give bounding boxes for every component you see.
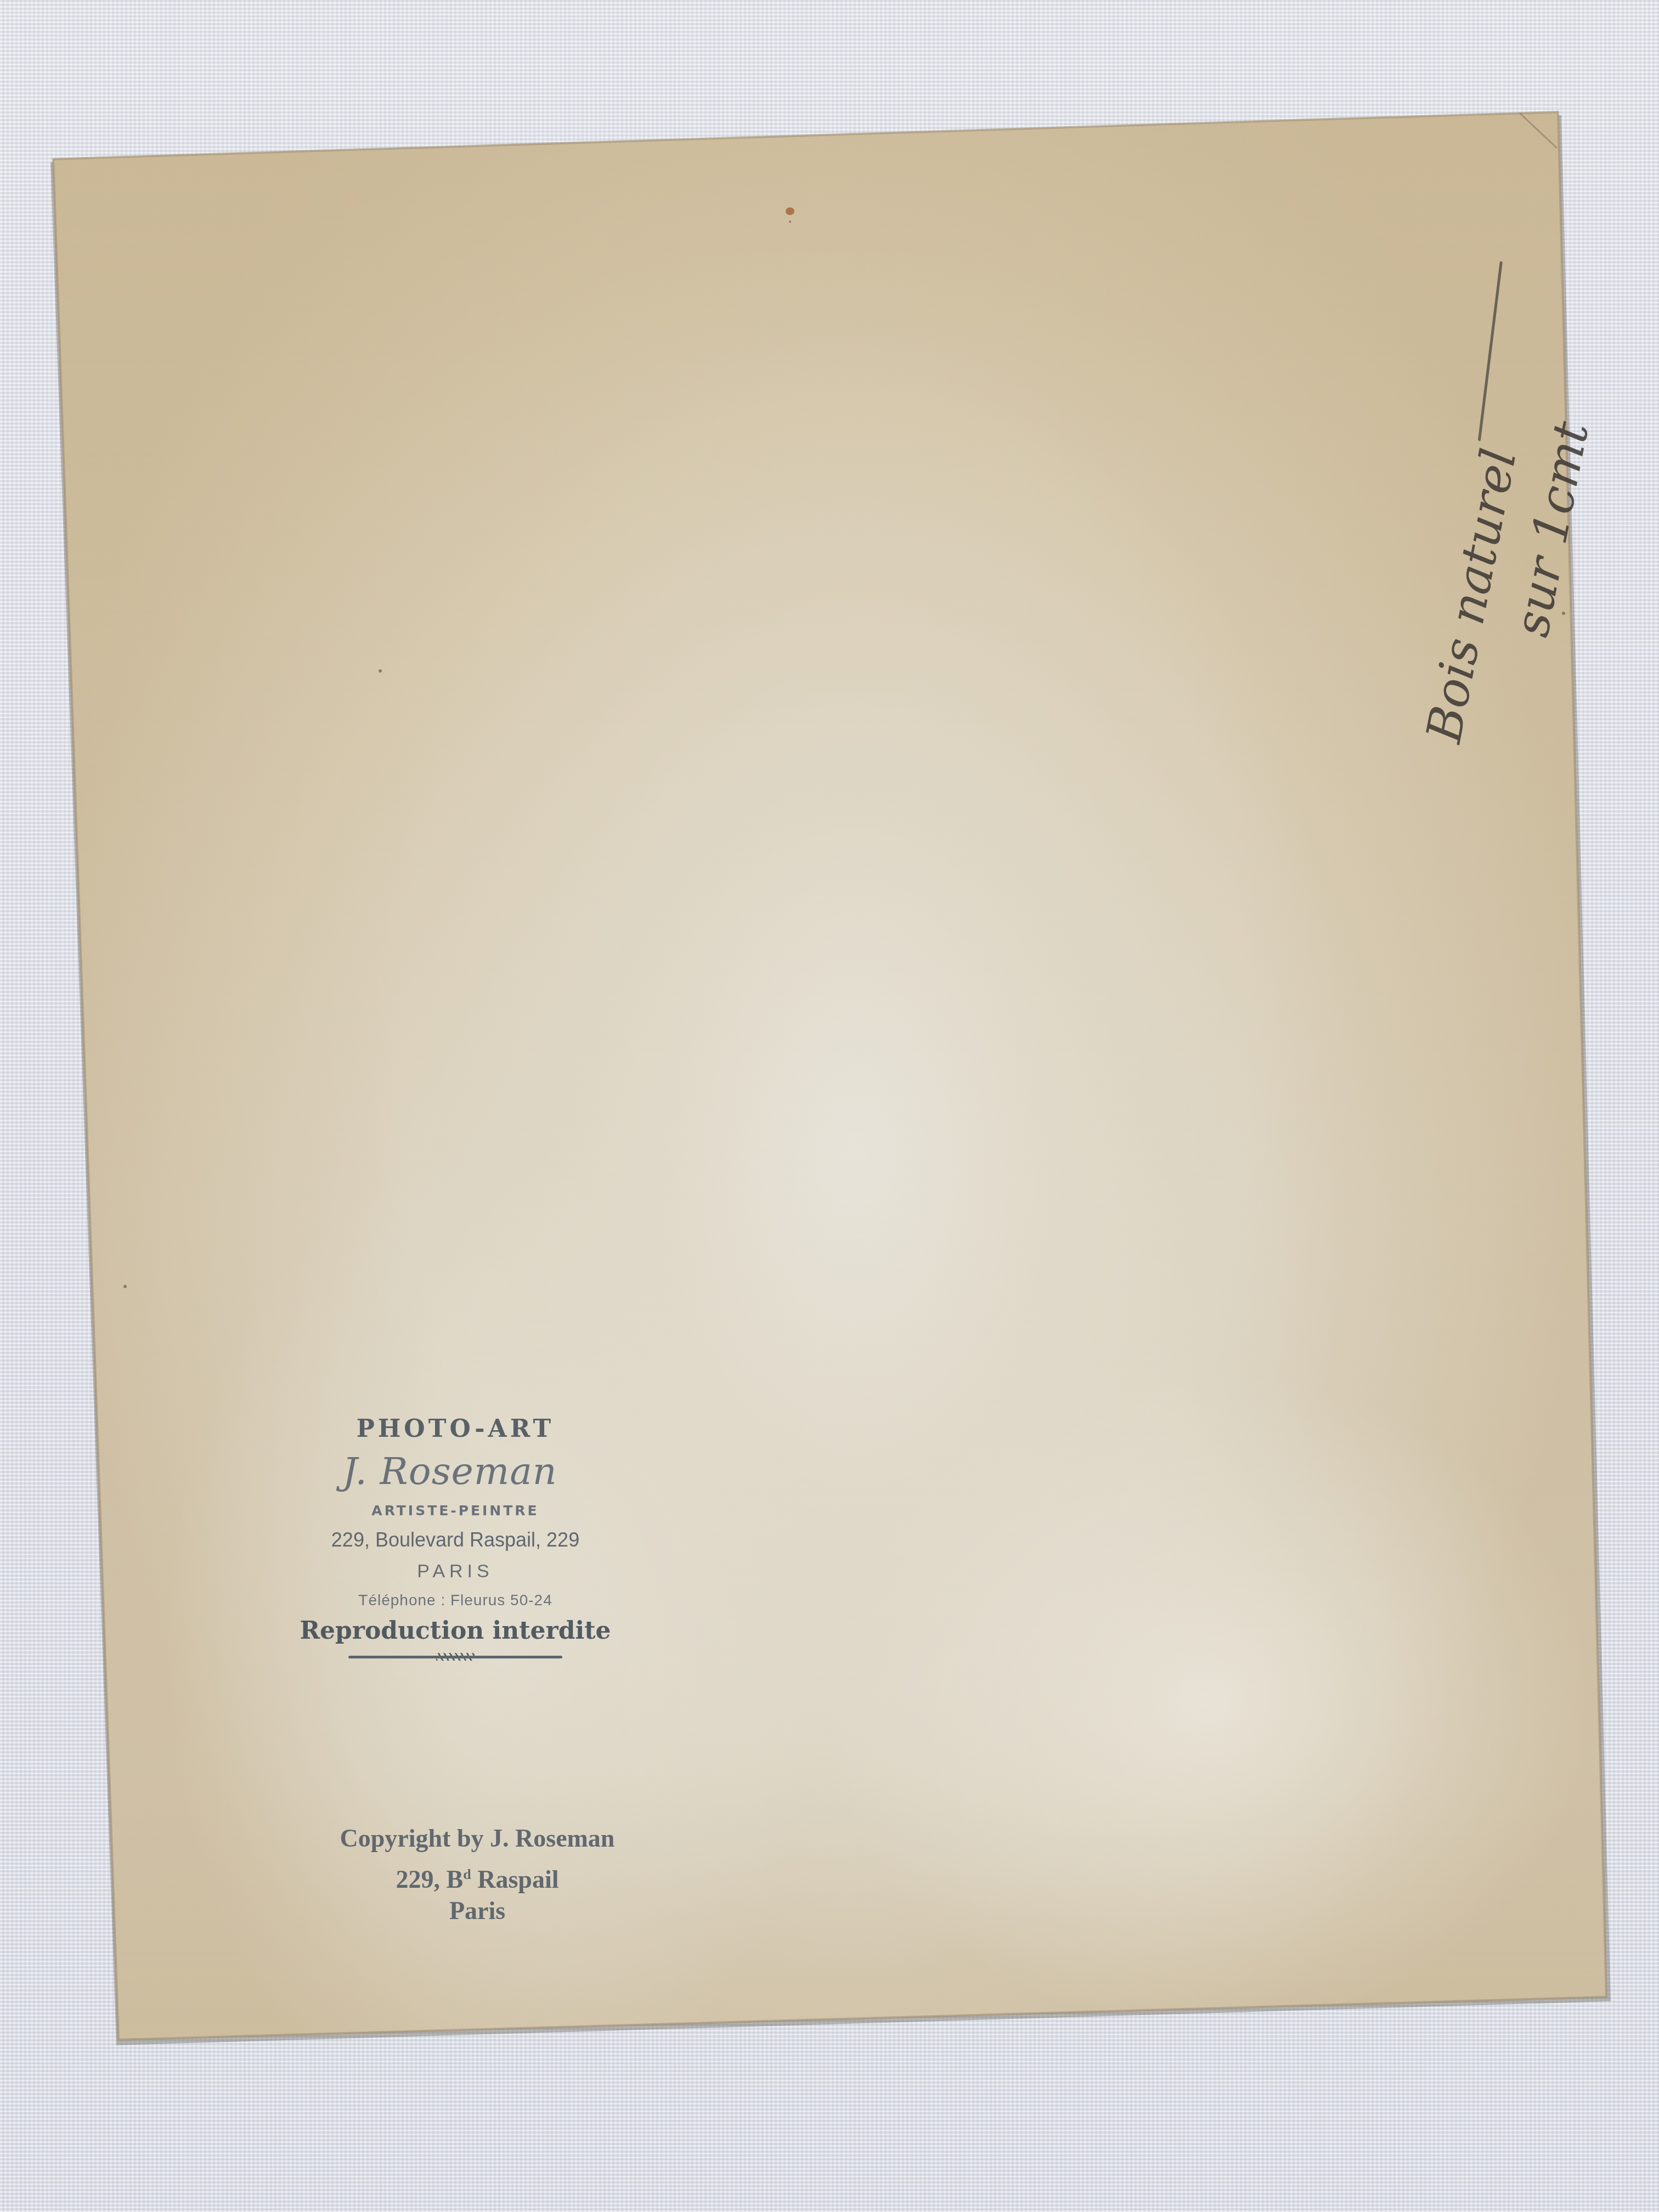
stamp-address: 229, Boulevard Raspail, 229 xyxy=(285,1524,625,1556)
photographer-stamp: PHOTO-ART J. Roseman ARTISTE-PEINTRE 229… xyxy=(285,1413,625,1658)
copyright-city: Paris xyxy=(296,1893,658,1929)
stamp-title: PHOTO-ART xyxy=(285,1413,625,1446)
stamp-decorative-rule xyxy=(348,1656,562,1658)
stamp-photographer-name: J. Roseman xyxy=(274,1446,625,1498)
paper-speck xyxy=(379,669,382,673)
photo-print-back xyxy=(0,0,1659,2212)
copyright-address-number: 229, B xyxy=(396,1865,464,1893)
rust-stain xyxy=(786,207,794,215)
stamp-profession: ARTISTE-PEINTRE xyxy=(285,1498,625,1524)
stamp-city: PARIS xyxy=(285,1556,625,1587)
stamp-reproduction-notice: Reproduction interdite xyxy=(285,1614,625,1648)
paper-speck xyxy=(123,1285,127,1288)
copyright-address-superscript: d xyxy=(463,1866,471,1882)
copyright-line: Copyright by J. Roseman xyxy=(296,1820,658,1857)
paper-speck xyxy=(789,221,791,223)
copyright-stamp: Copyright by J. Roseman 229, Bd Raspail … xyxy=(296,1820,658,1929)
copyright-address: 229, Bd Raspail xyxy=(296,1857,658,1893)
stamp-phone: Téléphone : Fleurus 50-24 xyxy=(285,1587,625,1614)
copyright-address-street: Raspail xyxy=(471,1865,559,1893)
